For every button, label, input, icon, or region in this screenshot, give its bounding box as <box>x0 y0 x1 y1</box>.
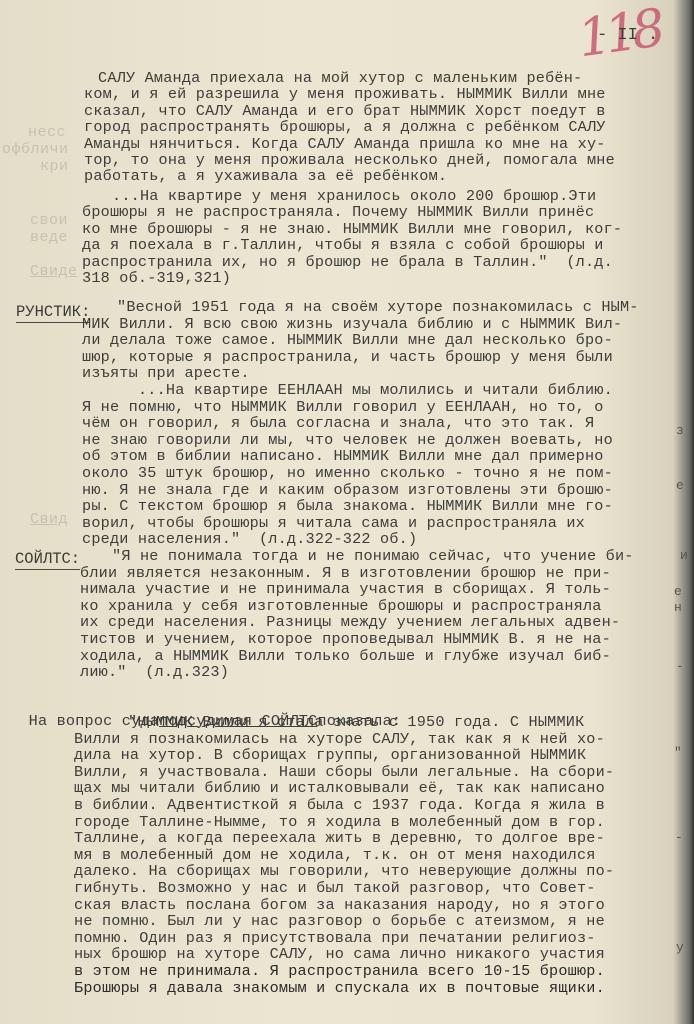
text-line: помню. Один раз я присутствовала при печ… <box>74 930 596 947</box>
margin-mark: - <box>675 830 683 845</box>
text-line: ходила, а НЫММИК Вилли только больше и г… <box>80 648 611 665</box>
text-line: среди населения." (л.д.322-322 об.) <box>82 531 417 548</box>
text-line: нимала участие и не принимала участия в … <box>80 581 611 598</box>
text-line: не знаю говорили ли мы, что человек не д… <box>82 432 613 449</box>
margin-mark: " <box>674 745 682 760</box>
margin-mark: - <box>676 659 684 674</box>
text-line: ком, и я ей разрешила у меня проживать. … <box>84 86 606 103</box>
speaker-label-runstik: РУНСТИК: <box>16 303 90 323</box>
text-line: Вилли, я участвовала. Наши сборы были ле… <box>74 764 614 781</box>
text-line: Таллине, а когда переехала жить в деревн… <box>74 830 605 847</box>
text-line: "НЫММИК Вилли я стала знать с 1950 года.… <box>128 714 584 731</box>
text-line: лию." (л.д.323) <box>80 664 229 681</box>
text-line: ных брошюр на хуторе САЛУ, но сама лично… <box>74 946 605 963</box>
text-line: щах мы читали библию и исталковывали её,… <box>74 780 605 797</box>
text-line: город распространять брошюры, а я должна… <box>84 119 606 136</box>
text-line: ...На квартире ЕЕНЛААН мы молились и чит… <box>110 382 613 399</box>
text-line: ры. С текстом брошюр я была знакома. НЫМ… <box>82 498 613 515</box>
bleed-text: несс <box>28 124 66 141</box>
text-line: их среди населения. Разницы между учение… <box>80 614 620 631</box>
bleed-text: офбличи <box>2 141 69 158</box>
text-line: мя в молебенный дом не ходила, т.к. он о… <box>74 847 596 864</box>
text-line: брошюры я не распространяла. Почему НЫММ… <box>82 204 594 221</box>
text-line: 318 об.-319,321) <box>82 270 231 287</box>
margin-mark: е <box>676 478 684 493</box>
bleed-text: веде <box>30 229 68 246</box>
text-line: тистов и учением, которое проповедывал Н… <box>80 631 611 648</box>
text-line: шюр, которые я распространила, и часть б… <box>82 349 613 366</box>
text-line: изъяты при аресте. <box>82 365 250 382</box>
text-line: МИК Вилли. Я всю свою жизнь изучала библ… <box>82 316 622 333</box>
bleed-text: кри <box>40 158 69 175</box>
text-line: работать, а я ухаживала за её ребёнком. <box>84 168 447 185</box>
text-line: около 35 штук брошюр, но именно сколько … <box>82 465 613 482</box>
margin-mark: у <box>676 940 684 955</box>
text-line: гибнуть. Возможно у нас и был такой разг… <box>74 880 596 897</box>
text-line: далеко. На сборищах мы говорили, что нев… <box>74 863 614 880</box>
text-line: ская власть послана богом за наказания н… <box>74 897 605 914</box>
text-line: городе Таллине-Нымме, то я ходила в моле… <box>74 814 605 831</box>
text-line: "Я не понимала тогда и не понимаю сейчас… <box>112 548 634 565</box>
bleed-text: Свиде <box>30 263 78 280</box>
text-line: в библии. Адвентисткой я была с 1937 год… <box>74 797 605 814</box>
page-number: - II . <box>597 26 658 45</box>
text-line: Я не помню, что НЫММИК Вилли говорил у Е… <box>82 399 604 416</box>
bleed-text: свои <box>30 212 68 229</box>
bleed-text: Свид <box>30 511 68 528</box>
text-line: об этом в библии написано. НЫММИК Вилли … <box>82 448 604 465</box>
text-line: в этом не принимала. Я распространила вс… <box>74 963 605 980</box>
text-line: ню. Я не знала где и каким образом изгот… <box>82 482 613 499</box>
text-line: не помню. Был ли у нас разговор о борьбе… <box>74 913 605 930</box>
margin-mark: е <box>674 584 682 599</box>
text-line: Вилли я познакомилась на хуторе САЛУ, та… <box>74 731 605 748</box>
text-line: "Весной 1951 года я на своём хуторе позн… <box>117 299 639 316</box>
text-line: дила на хутор. В сборищах группы, органи… <box>74 747 586 764</box>
text-line: ко хранила у себя изготовленные брошюры … <box>80 598 602 615</box>
margin-mark: и <box>680 548 688 563</box>
text-line: чём он говорил, я была согласна и знала,… <box>82 415 594 432</box>
text-line: ли делала тоже самое. НЫММИК Вилли мне д… <box>82 332 613 349</box>
text-line: Брошюры я давала знакомым и спускала их … <box>74 980 605 997</box>
speaker-label-soilts: СОЙЛТС: <box>15 550 80 570</box>
text-line: ворил, чтобы брошюры я читала сама и рас… <box>82 515 585 532</box>
text-line: да я поехала в г.Таллин, чтобы я взяла с… <box>82 237 604 254</box>
text-line: блии является незаконным. Я в изготовлен… <box>80 565 611 582</box>
margin-mark: з <box>676 423 684 438</box>
margin-mark: н <box>674 600 682 615</box>
